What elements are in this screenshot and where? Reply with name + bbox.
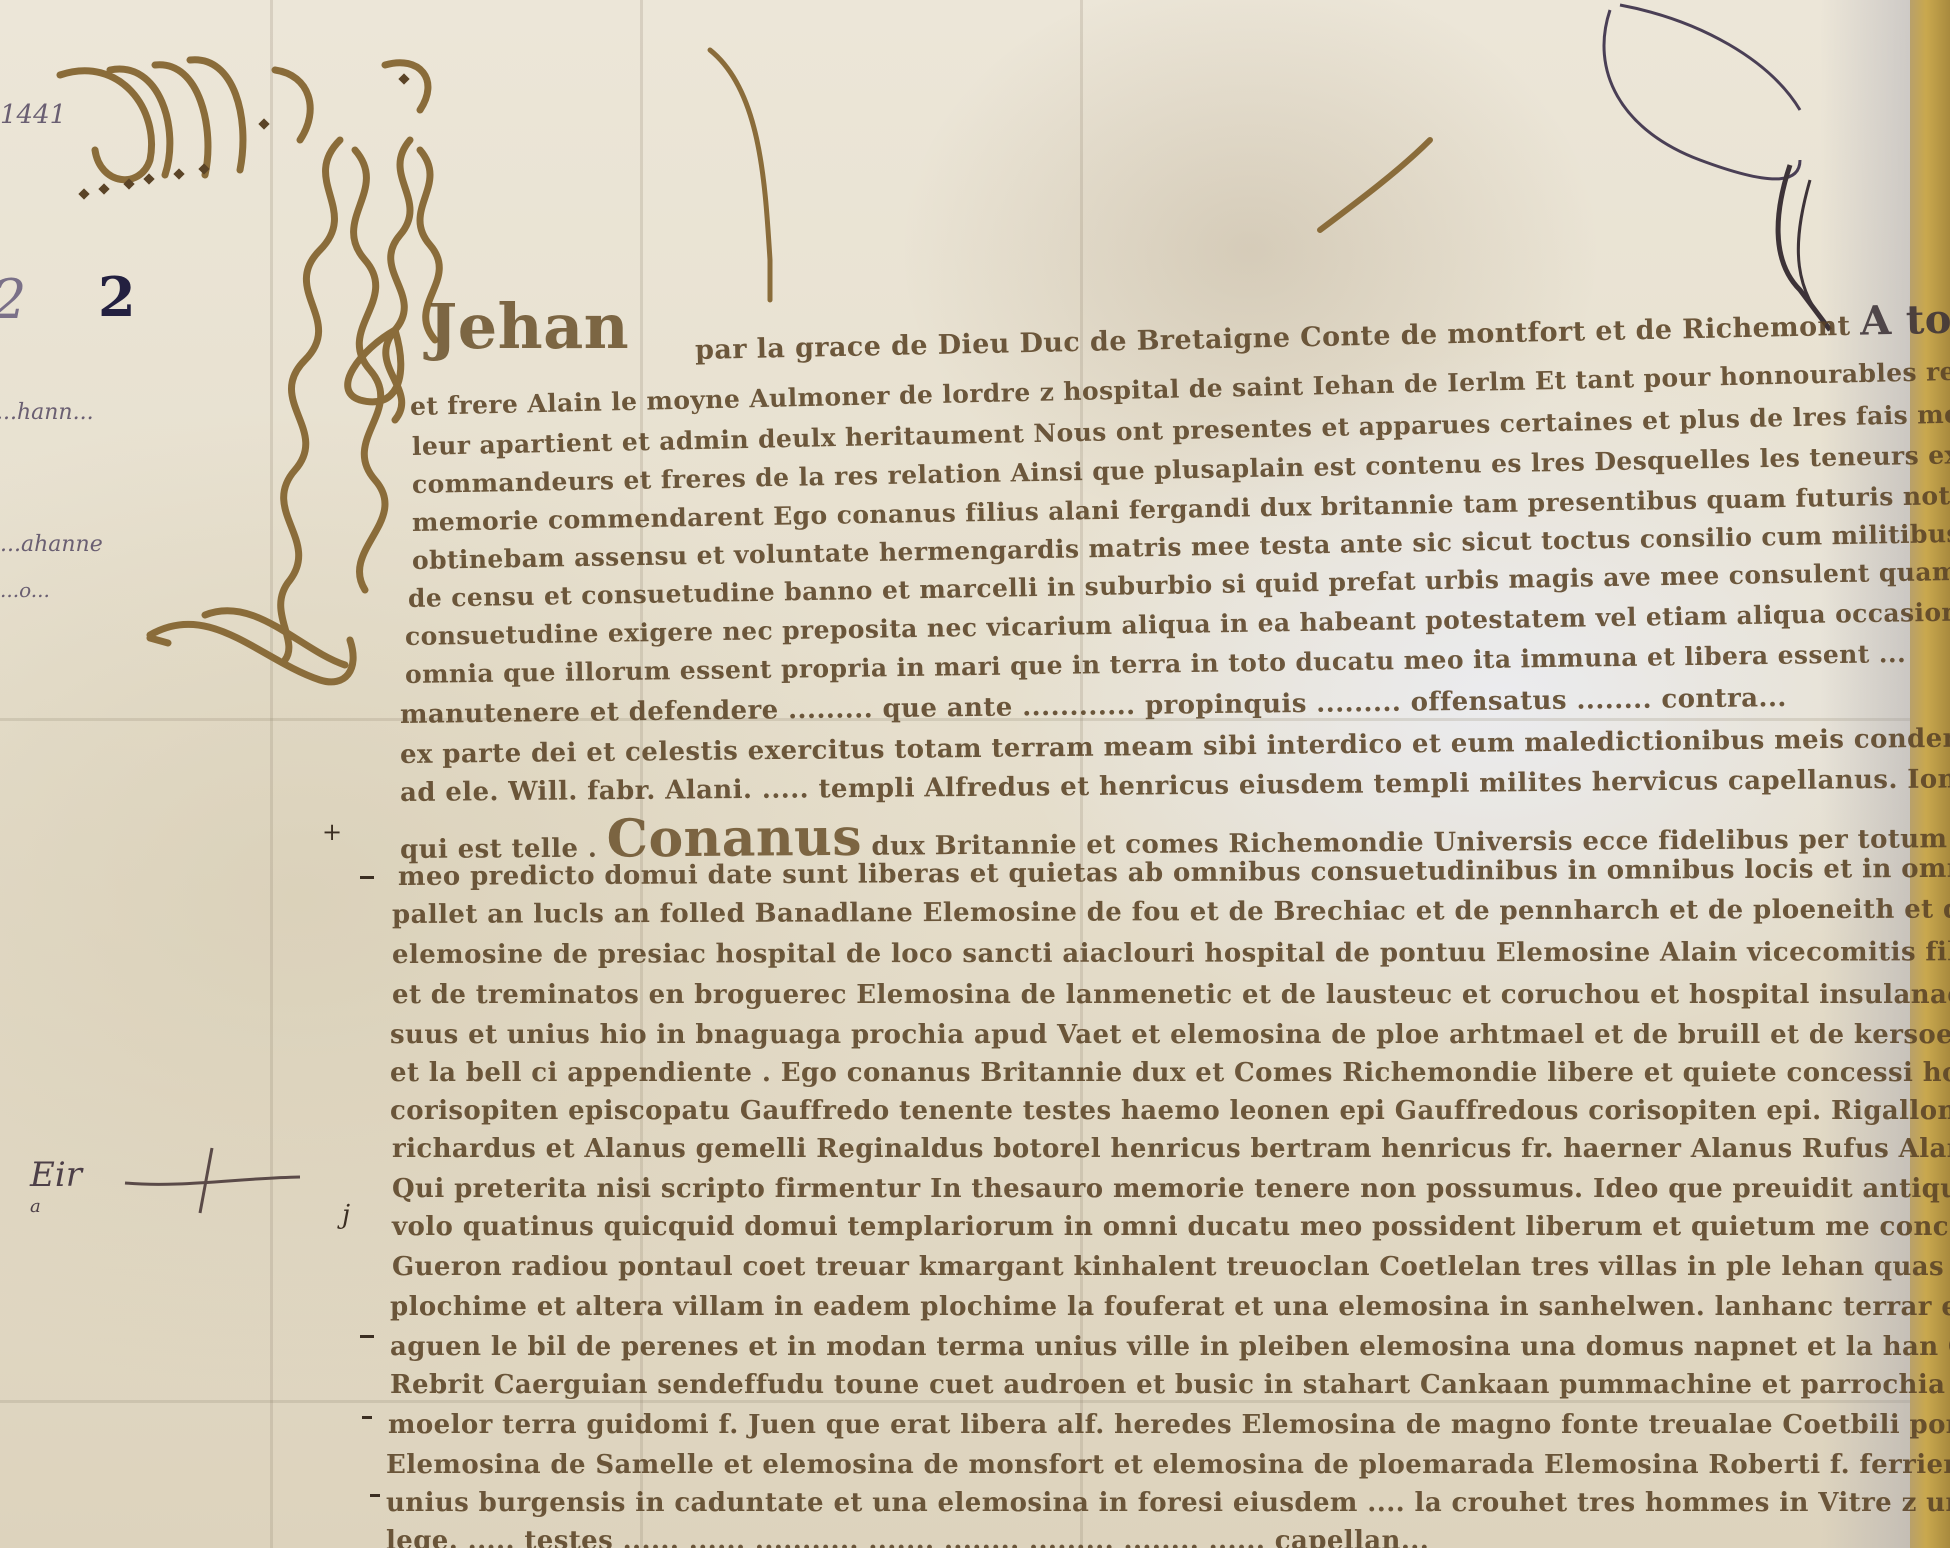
- margin-j-mark: j: [342, 1200, 350, 1230]
- margin-date-note: 1441: [0, 100, 66, 130]
- shelfmark-partial: 2: [0, 268, 26, 331]
- margin-bottom-note-sub: a: [30, 1196, 41, 1217]
- text-line: aguen le bil de perenes et in modan term…: [390, 1332, 1950, 1362]
- initial-letter: J: [428, 290, 458, 363]
- text-line: et la bell ci appendiente . Ego conanus …: [390, 1058, 1950, 1088]
- text-line: corisopiten episcopatu Gauffredo tenente…: [390, 1096, 1950, 1126]
- text-line: et de treminatos en broguerec Elemosina …: [392, 980, 1950, 1010]
- text-line: Elemosina de Samelle et elemosina de mon…: [386, 1450, 1950, 1480]
- text-line: elemosine de presiac hospital de loco sa…: [392, 937, 1950, 970]
- text-line: suus et unius hio in bnaguaga prochia ap…: [390, 1020, 1950, 1050]
- text-line: pallet an lucls an folled Banadlane Elem…: [392, 894, 1950, 930]
- text-line: Qui preterita nisi scripto firmentur In …: [392, 1174, 1950, 1204]
- margin-note: ...o...: [0, 578, 50, 602]
- text-line: volo quatinus quicquid domui templarioru…: [392, 1212, 1950, 1242]
- margin-note: ...hann...: [0, 400, 94, 425]
- text-line: moelor terra guidomi f. Juen que erat li…: [388, 1410, 1950, 1440]
- text-line: unius burgensis in caduntate et una elem…: [386, 1488, 1950, 1518]
- margin-tick-mark: +: [322, 818, 342, 846]
- shelfmark-number: 2: [98, 265, 136, 329]
- parchment-charter: 1441 2 2 ...hann... ...ahanne ...o... Ei…: [0, 0, 1950, 1548]
- line-tail-capital: A tous: [1860, 295, 1950, 345]
- margin-line-mark: [362, 1416, 372, 1419]
- text-line: Rebrit Caerguian sendeffudu toune cuet a…: [390, 1370, 1950, 1400]
- margin-line-mark: [360, 1335, 374, 1338]
- initial-word-rest: ehan: [458, 290, 629, 363]
- margin-note: ...ahanne: [0, 532, 103, 557]
- margin-line-mark: [370, 1494, 380, 1497]
- margin-line-mark: [360, 876, 374, 879]
- margin-bottom-note: Eir: [30, 1155, 82, 1195]
- text-line: lege. ..... testes ...... ...... .......…: [386, 1526, 1429, 1548]
- text-line: richardus et Alanus gemelli Reginaldus b…: [392, 1134, 1950, 1164]
- initial-word: Jehan: [428, 290, 629, 363]
- text-line: plochime et altera villam in eadem ploch…: [390, 1292, 1950, 1322]
- text-line: Gueron radiou pontaul coet treuar kmarga…: [392, 1252, 1950, 1282]
